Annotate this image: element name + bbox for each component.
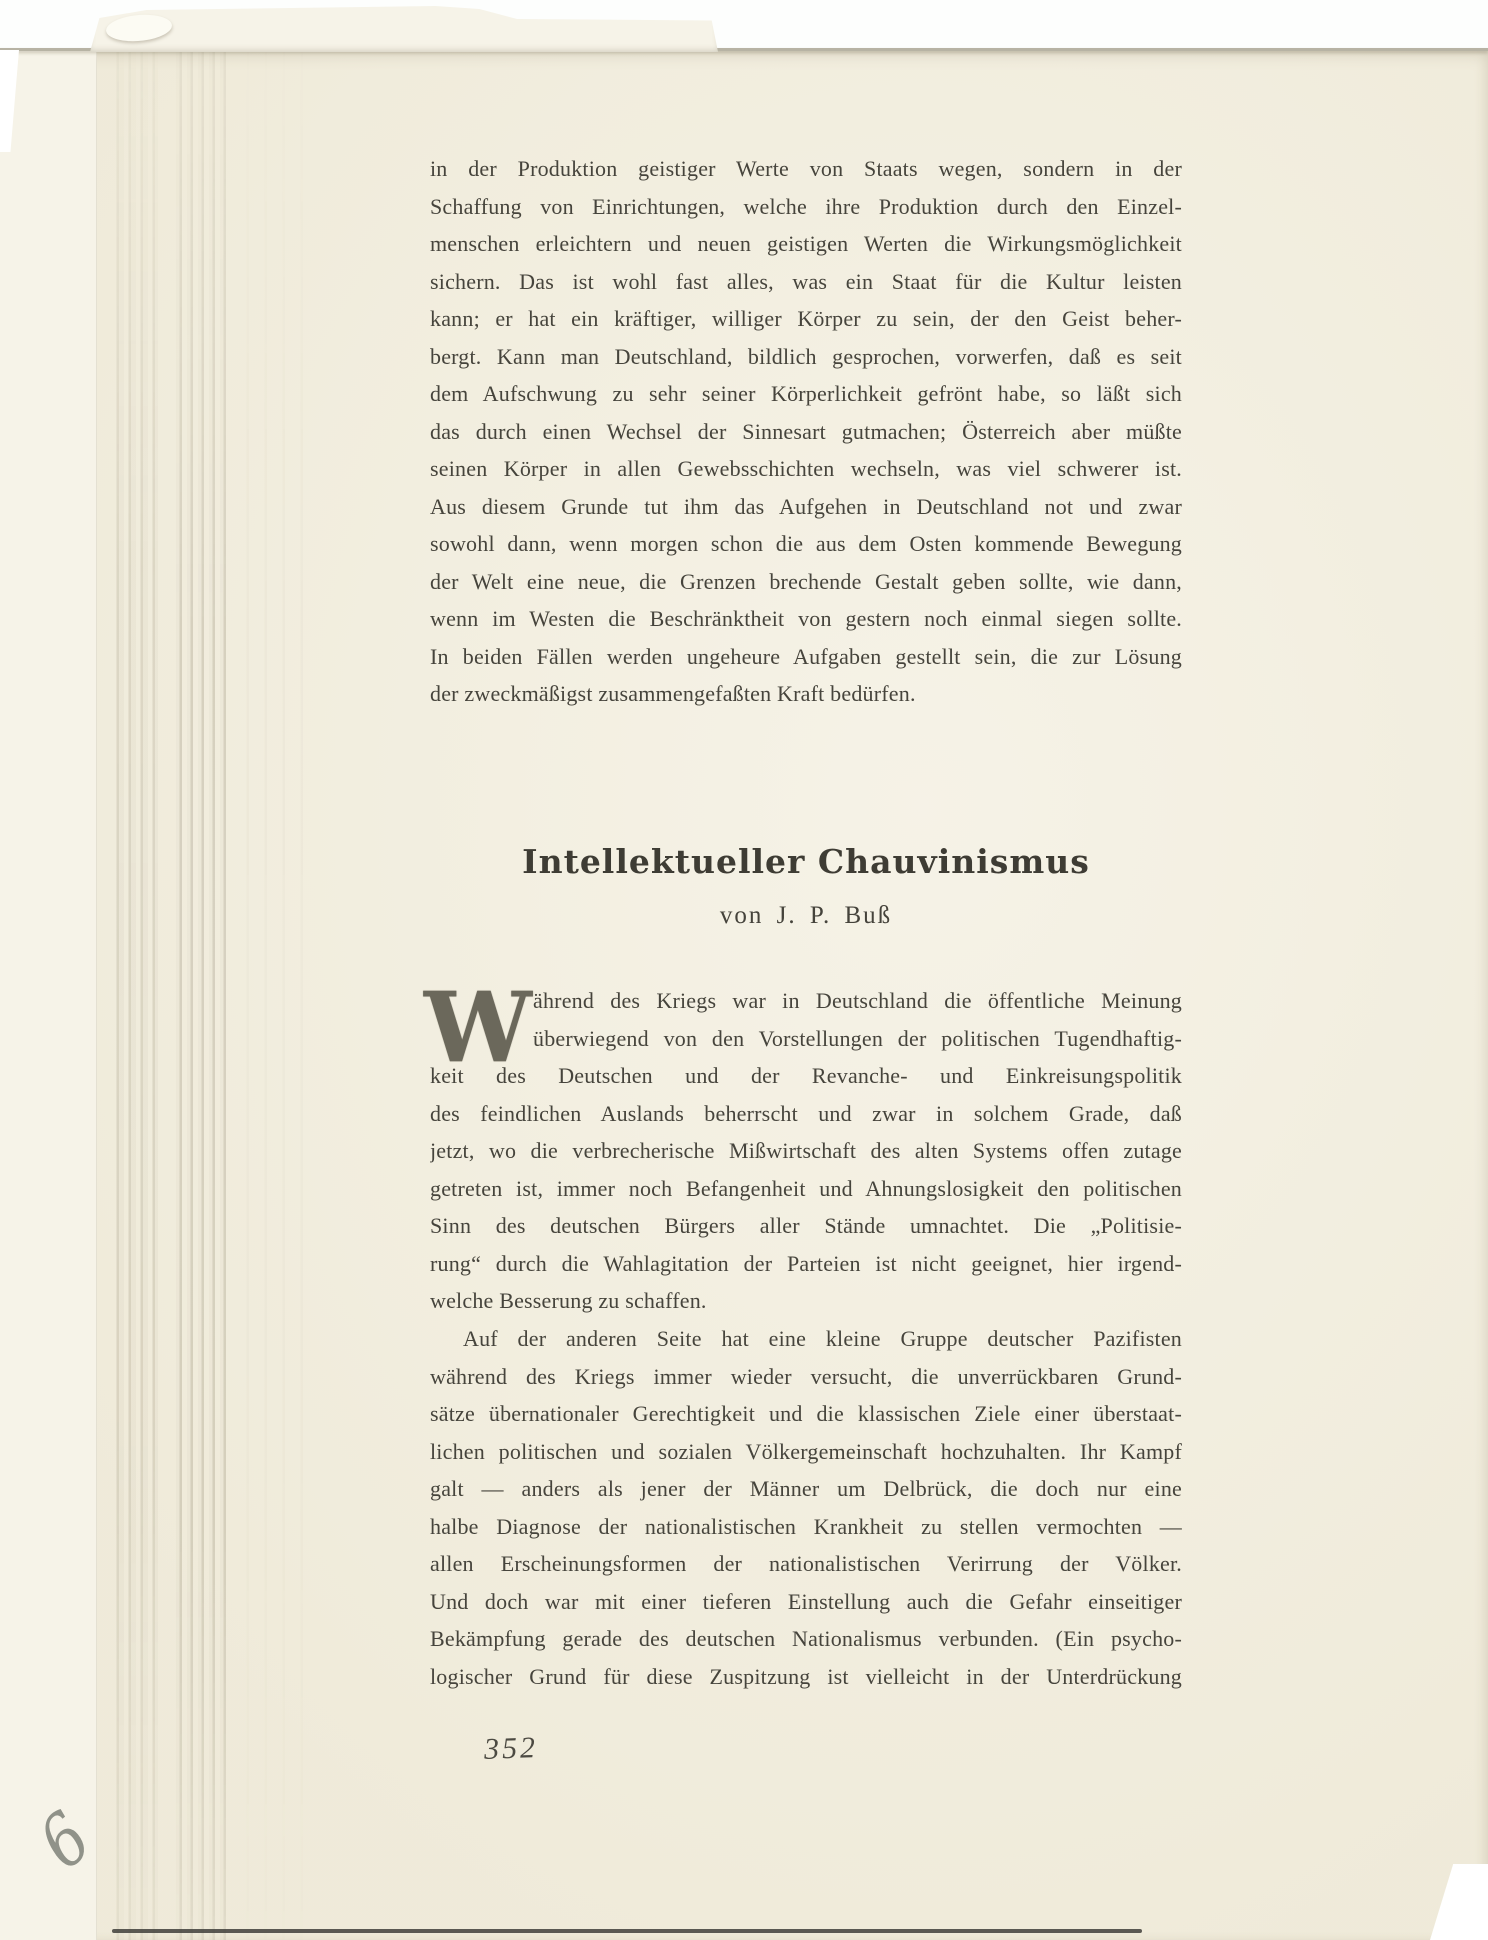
text-line: logischer Grund für diese Zuspitzung ist… [430, 1658, 1182, 1696]
text-line: während des Kriegs immer wieder versucht… [430, 1358, 1182, 1396]
article-title: Intellektueller Chauvinismus [430, 842, 1182, 881]
text-line: des feindlichen Auslands beherrscht und … [430, 1095, 1182, 1133]
text-line: der Welt eine neue, die Grenzen brechend… [430, 563, 1182, 601]
text-line: welche Besserung zu schaffen. [430, 1282, 1182, 1320]
text-line: Aus diesem Grunde tut ihm das Aufgehen i… [430, 488, 1182, 526]
text-line: kann; er hat ein kräftiger, williger Kör… [430, 300, 1182, 338]
bottom-scan-line [112, 1929, 1142, 1933]
article-byline: von J. P. Buß [430, 902, 1182, 930]
text-line: ährend des Kriegs war in Deutschland die… [430, 982, 1182, 1020]
text-line: rung“ durch die Wahlagitation der Partei… [430, 1245, 1182, 1283]
text-line: seinen Körper in allen Gewebsschichten w… [430, 450, 1182, 488]
drop-cap-initial: W [424, 972, 530, 1088]
article-paragraph-1: W ährend des Kriegs war in Deutschland d… [430, 982, 1182, 1320]
text-line: keit des Deutschen und der Revanche- und… [430, 1057, 1182, 1095]
text-line: menschen erleichtern und neuen geistigen… [430, 225, 1182, 263]
scan-canvas: in der Produktion geistiger Werte von St… [0, 0, 1488, 1940]
continuation-paragraph: in der Produktion geistiger Werte von St… [430, 150, 1182, 713]
text-line: Auf der anderen Seite hat eine kleine Gr… [430, 1320, 1182, 1358]
text-line: wenn im Westen die Beschränktheit von ge… [430, 600, 1182, 638]
text-line: das durch einen Wechsel der Sinnesart gu… [430, 413, 1182, 451]
text-line: galt — anders als jener der Männer um De… [430, 1470, 1182, 1508]
text-line: Schaffung von Einrichtungen, welche ihre… [430, 188, 1182, 226]
text-line: Sinn des deutschen Bürgers aller Stände … [430, 1207, 1182, 1245]
text-line: sätze übernationaler Gerechtigkeit und d… [430, 1395, 1182, 1433]
text-line: getreten ist, immer noch Befangenheit un… [430, 1170, 1182, 1208]
article-paragraph-2: Auf der anderen Seite hat eine kleine Gr… [430, 1320, 1182, 1695]
text-line: allen Erscheinungsformen der nationalist… [430, 1545, 1182, 1583]
folded-page-corner [90, 4, 718, 54]
text-line: bergt. Kann man Deutschland, bildlich ge… [430, 338, 1182, 376]
page-number: 352 [483, 1731, 538, 1767]
text-line: In beiden Fällen werden ungeheure Aufgab… [430, 638, 1182, 676]
text-line: Bekämpfung gerade des deutschen National… [430, 1620, 1182, 1658]
text-line: lichen politischen und sozialen Völkerge… [430, 1433, 1182, 1471]
text-line: überwiegend von den Vorstellungen der po… [430, 1020, 1182, 1058]
text-line: halbe Diagnose der nationalistischen Kra… [430, 1508, 1182, 1546]
text-line: in der Produktion geistiger Werte von St… [430, 150, 1182, 188]
text-line: dem Aufschwung zu sehr seiner Körperlich… [430, 375, 1182, 413]
text-line: sowohl dann, wenn morgen schon die aus d… [430, 525, 1182, 563]
text-line: sichern. Das ist wohl fast alles, was ei… [430, 263, 1182, 301]
page-left-edge [0, 50, 97, 1940]
text-line: der zweckmäßigst zusammengefaßten Kraft … [430, 675, 1182, 713]
text-line: jetzt, wo die verbrecherische Mißwirtsch… [430, 1132, 1182, 1170]
text-line: Und doch war mit einer tieferen Einstell… [430, 1583, 1182, 1621]
